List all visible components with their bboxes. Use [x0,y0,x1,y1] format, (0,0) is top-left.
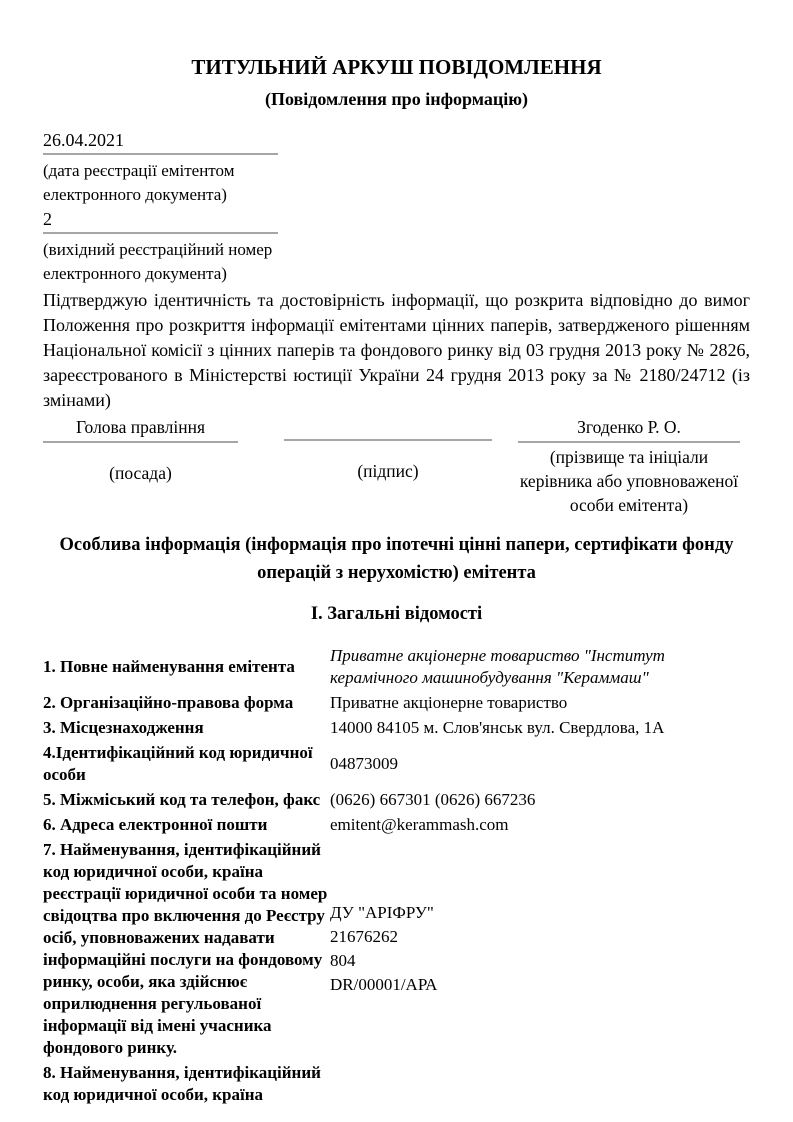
info-row-label: 3. Місцезнаходження [43,717,330,739]
info-row-value-line: 804 [330,949,750,973]
signature-block: Голова правління (посада) (підпис) Згоде… [43,416,750,517]
page-title: ТИТУЛЬНИЙ АРКУШ ПОВІДОМЛЕННЯ [43,54,750,80]
signature-sign-column: (підпис) [284,416,492,517]
info-row-value-line: DR/00001/АРА [330,973,750,997]
info-row-disclosure-agent: 7. Найменування, ідентифікаційний код юр… [43,839,750,1059]
info-row-label: 5. Міжміський код та телефон, факс [43,789,330,811]
registration-date-value: 26.04.2021 [43,130,278,155]
info-row-label: 7. Найменування, ідентифікаційний код юр… [43,839,330,1059]
info-row-label: 4.Ідентифікаційний код юридичної особи [43,742,330,786]
info-row-value: ДУ "АРІФРУ" 21676262 804 DR/00001/АРА [330,901,750,997]
info-row-email: 6. Адреса електронної пошти emitent@kera… [43,814,750,836]
info-row-value: Приватне акціонерне товариство "Інститут… [330,645,750,689]
document-page: ТИТУЛЬНИЙ АРКУШ ПОВІДОМЛЕННЯ (Повідомлен… [0,0,793,1122]
info-row-location: 3. Місцезнаходження 14000 84105 м. Слов'… [43,717,750,739]
info-row-value: 14000 84105 м. Слов'янськ вул. Свердлова… [330,717,750,739]
section-heading: Особлива інформація (інформація про іпот… [43,531,750,587]
info-row-phone-fax: 5. Міжміський код та телефон, факс (0626… [43,789,750,811]
confirmation-paragraph: Підтверджую ідентичність та достовірніст… [43,288,750,413]
signature-name-column: Згоденко Р. О. (прізвище та ініціали кер… [518,416,740,517]
signature-position-column: Голова правління (посада) [43,416,238,517]
info-row-value: (0626) 667301 (0626) 667236 [330,789,750,811]
info-row-value-line: 21676262 [330,925,750,949]
info-row-item-8: 8. Найменування, ідентифікаційний код юр… [43,1062,750,1106]
signature-sign-line [284,416,492,441]
registration-date-caption: (дата реєстрації емітентом електронного … [43,159,323,207]
signature-position-caption: (посада) [43,461,238,485]
signature-position-value: Голова правління [43,416,238,443]
info-row-value-line: ДУ "АРІФРУ" [330,901,750,925]
signature-name-caption: (прізвище та ініціали керівника або упов… [518,445,740,517]
info-row-value: emitent@kerammash.com [330,814,750,836]
info-row-label: 6. Адреса електронної пошти [43,814,330,836]
outgoing-number-value: 2 [43,209,278,234]
general-info-table: 1. Повне найменування емітента Приватне … [43,645,750,1106]
info-row-label: 8. Найменування, ідентифікаційний код юр… [43,1062,330,1106]
signature-sign-caption: (підпис) [284,459,492,483]
outgoing-number-caption: (вихідний реєстраційний номер електронно… [43,238,323,286]
info-row-full-name: 1. Повне найменування емітента Приватне … [43,645,750,689]
signature-name-value: Згоденко Р. О. [518,416,740,443]
info-row-legal-form: 2. Організаційно-правова форма Приватне … [43,692,750,714]
info-row-id-code: 4.Ідентифікаційний код юридичної особи 0… [43,742,750,786]
info-row-value: 04873009 [330,753,750,775]
section-subheading: І. Загальні відомості [43,603,750,625]
info-row-label: 2. Організаційно-правова форма [43,692,330,714]
info-row-label: 1. Повне найменування емітента [43,656,330,678]
info-row-value: Приватне акціонерне товариство [330,692,750,714]
page-subtitle: (Повідомлення про інформацію) [43,88,750,110]
